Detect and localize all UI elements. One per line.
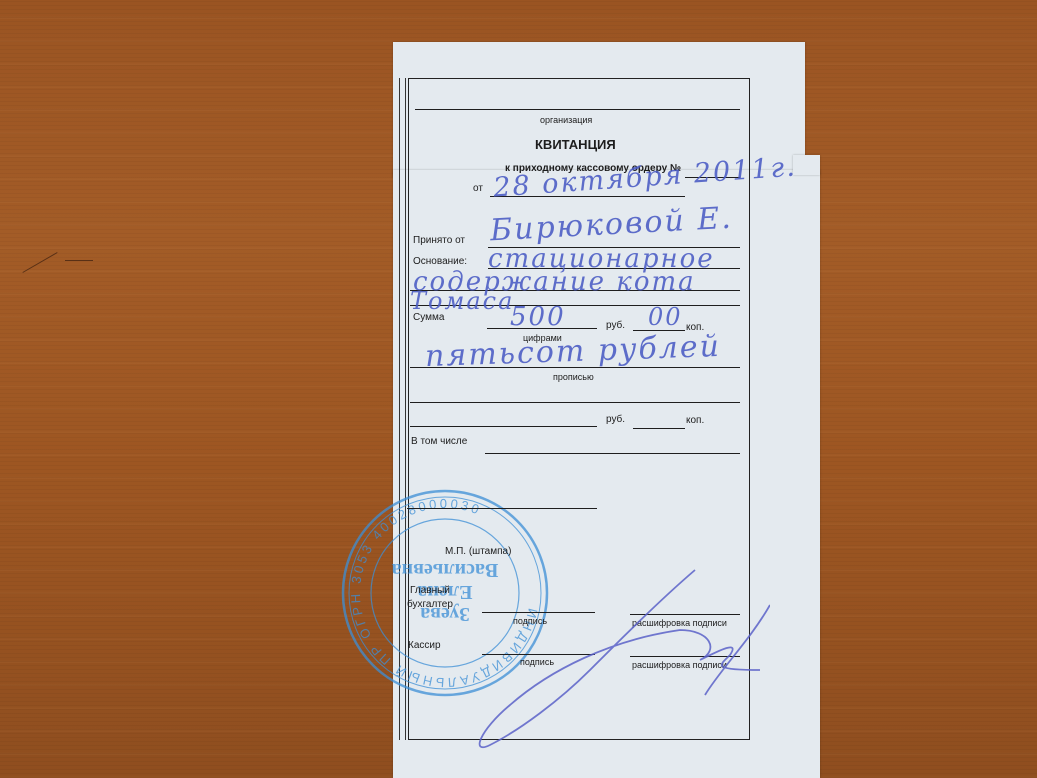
chief-accountant-label-2: бухгалтер [407, 599, 453, 610]
organization-line [415, 109, 740, 110]
words-caption: прописью [553, 372, 594, 382]
handwritten-signature [470, 560, 770, 760]
amount-words-line-2 [410, 402, 740, 403]
handwritten-amount-kop: 00 [648, 303, 683, 331]
document-title: КВИТАНЦИЯ [535, 137, 616, 152]
table-scratch [65, 260, 93, 261]
basis-label: Основание: [413, 256, 467, 267]
cashier-label: Кассир [408, 640, 441, 651]
rub-label-2: руб. [606, 414, 625, 425]
seal-label: М.П. (штампа) [445, 546, 511, 557]
handwritten-basis-3: Томаса [410, 287, 514, 315]
chief-accountant-label-1: Главный [410, 585, 450, 596]
organization-caption: организация [540, 115, 592, 125]
kop-label-2: коп. [686, 415, 704, 426]
received-from-label: Принято от [413, 235, 465, 246]
stamp-line [407, 508, 597, 509]
including-line [485, 453, 740, 454]
sum-label: Сумма [413, 312, 444, 323]
rub-label: руб. [606, 320, 625, 331]
date-prefix: от [473, 183, 483, 194]
table-scratch [22, 252, 57, 273]
sum2-rub-line [410, 426, 597, 427]
sum2-kop-line [633, 428, 685, 429]
including-label: В том числе [411, 436, 467, 447]
handwritten-amount-rub: 500 [510, 302, 566, 332]
